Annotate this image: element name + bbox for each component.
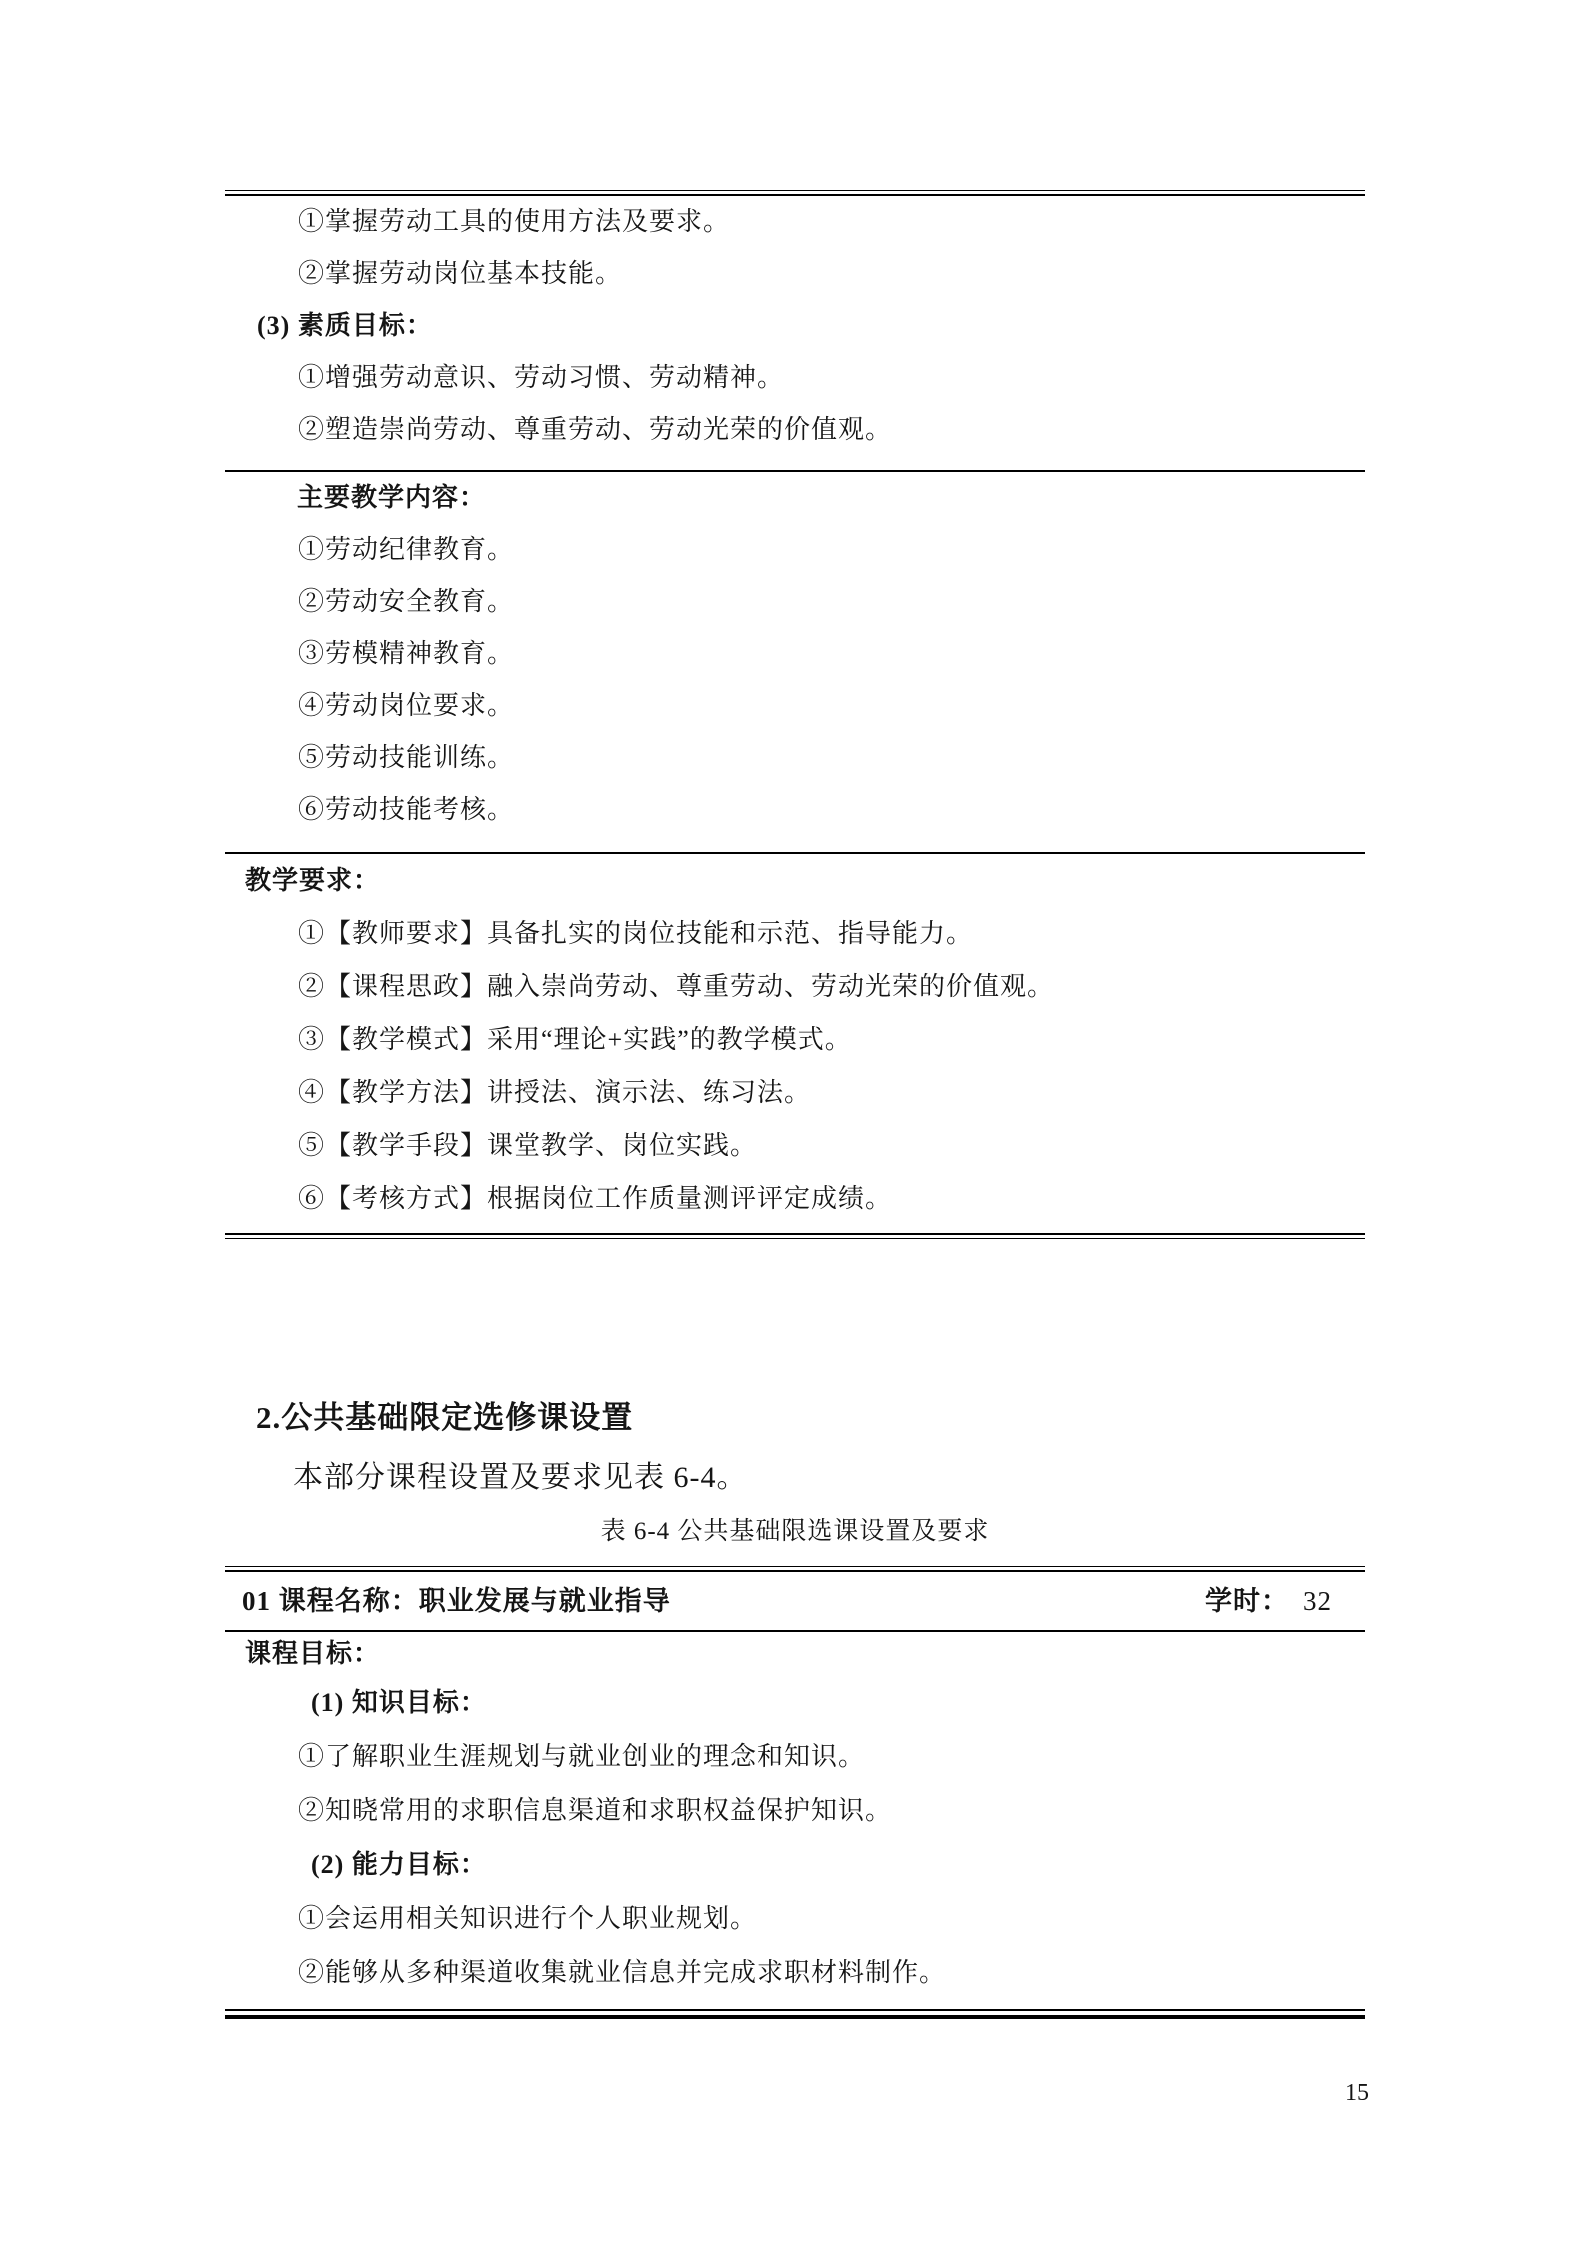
- document-page: ①掌握劳动工具的使用方法及要求。②掌握劳动岗位基本技能。(3) 素质目标：①增强…: [0, 0, 1587, 2245]
- page-number: 15: [1345, 2078, 1369, 2108]
- table-caption: 表 6-4 公共基础限选课设置及要求: [225, 1513, 1365, 1551]
- text-line: ①掌握劳动工具的使用方法及要求。: [225, 196, 1365, 248]
- text-line: 课程目标：: [225, 1632, 1365, 1676]
- table-bottom-border: [225, 1233, 1365, 1239]
- table-6-4: 01 课程名称：职业发展与就业指导 学时： 32 课程目标：(1) 知识目标：①…: [225, 1566, 1365, 2019]
- text-line: ⑥【考核方式】根据岗位工作质量测评评定成绩。: [225, 1172, 1365, 1225]
- text-line: ①【教师要求】具备扎实的岗位技能和示范、指导能力。: [225, 907, 1365, 960]
- text-line: ②能够从多种渠道收集就业信息并完成求职材料制作。: [225, 1946, 1365, 2000]
- text-line: 主要教学内容：: [225, 472, 1365, 524]
- hours-value: 32: [1303, 1572, 1332, 1630]
- row-teaching-content: 主要教学内容：①劳动纪律教育。②劳动安全教育。③劳模精神教育。④劳动岗位要求。⑤…: [225, 472, 1365, 852]
- text-line: (3) 素质目标：: [225, 300, 1365, 352]
- text-line: ⑤【教学手段】课堂教学、岗位实践。: [225, 1119, 1365, 1172]
- course-table-continued: ①掌握劳动工具的使用方法及要求。②掌握劳动岗位基本技能。(3) 素质目标：①增强…: [225, 190, 1365, 1239]
- text-line: ⑥劳动技能考核。: [225, 784, 1365, 836]
- text-line: (2) 能力目标：: [225, 1838, 1365, 1892]
- text-line: ①劳动纪律教育。: [225, 524, 1365, 576]
- text-line: ②【课程思政】融入崇尚劳动、尊重劳动、劳动光荣的价值观。: [225, 960, 1365, 1013]
- table-pagebreak-border: [225, 2009, 1365, 2019]
- text-line: ③劳模精神教育。: [225, 628, 1365, 680]
- text-line: (1) 知识目标：: [225, 1676, 1365, 1730]
- course-title-row: 01 课程名称：职业发展与就业指导 学时： 32: [225, 1572, 1365, 1630]
- course-title: 01 课程名称：职业发展与就业指导: [242, 1572, 671, 1630]
- text-line: ⑤劳动技能训练。: [225, 732, 1365, 784]
- text-line: ②劳动安全教育。: [225, 576, 1365, 628]
- row-objectives-quality: ①掌握劳动工具的使用方法及要求。②掌握劳动岗位基本技能。(3) 素质目标：①增强…: [225, 196, 1365, 470]
- row-teaching-requirements: 教学要求：①【教师要求】具备扎实的岗位技能和示范、指导能力。②【课程思政】融入崇…: [225, 854, 1365, 1233]
- text-line: ①了解职业生涯规划与就业创业的理念和知识。: [225, 1730, 1365, 1784]
- section-intro: 本部分课程设置及要求见表 6-4。: [293, 1457, 748, 1499]
- text-line: ①增强劳动意识、劳动习惯、劳动精神。: [225, 352, 1365, 404]
- text-line: ③【教学模式】采用“理论+实践”的教学模式。: [225, 1013, 1365, 1066]
- text-line: ①会运用相关知识进行个人职业规划。: [225, 1892, 1365, 1946]
- text-line: ②知晓常用的求职信息渠道和求职权益保护知识。: [225, 1784, 1365, 1838]
- section-heading: 2.公共基础限定选修课设置: [256, 1397, 633, 1439]
- text-line: ④劳动岗位要求。: [225, 680, 1365, 732]
- text-line: ②掌握劳动岗位基本技能。: [225, 248, 1365, 300]
- text-line: ②塑造崇尚劳动、尊重劳动、劳动光荣的价值观。: [225, 404, 1365, 456]
- text-line: ④【教学方法】讲授法、演示法、练习法。: [225, 1066, 1365, 1119]
- text-line: 教学要求：: [225, 854, 1365, 907]
- hours-label: 学时：: [1205, 1572, 1289, 1630]
- row-course-objectives: 课程目标：(1) 知识目标：①了解职业生涯规划与就业创业的理念和知识。②知晓常用…: [225, 1632, 1365, 2009]
